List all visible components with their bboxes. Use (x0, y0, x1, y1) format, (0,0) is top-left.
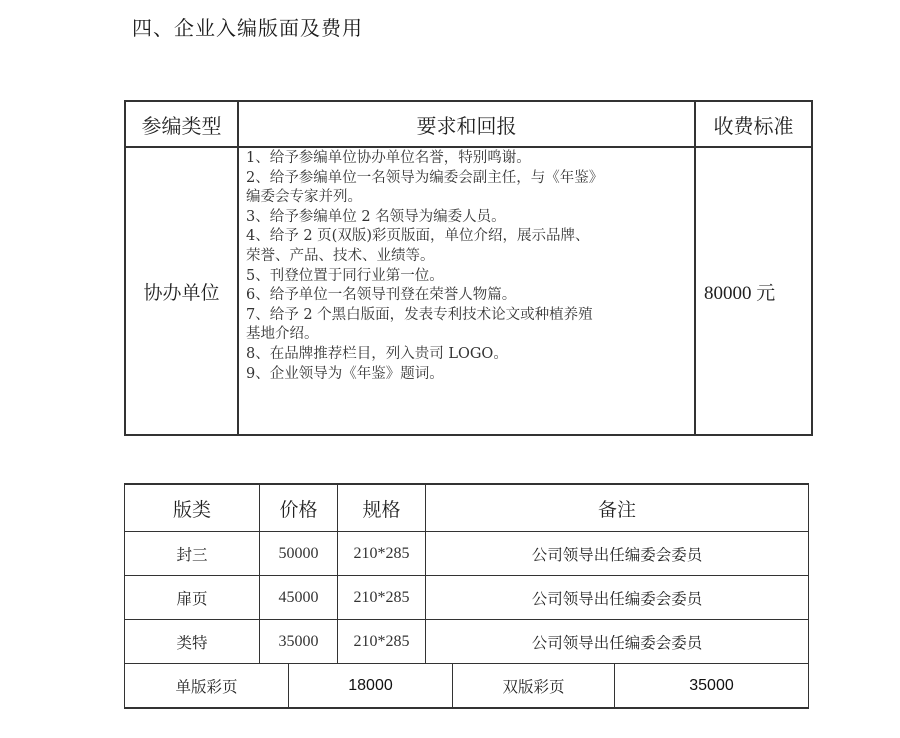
table1-header-type: 参编类型 (126, 102, 237, 146)
requirement-line: 基地介绍。 (246, 325, 691, 345)
table1-border-right (811, 100, 813, 436)
table2-border-bottom (124, 707, 809, 709)
double-color-page-label: 双版彩页 (453, 664, 614, 707)
table2-row-size: 210*285 (338, 620, 425, 663)
requirement-line: 4、给予 2 页(双版)彩页版面，单位介绍，展示品牌、 (246, 227, 691, 247)
requirement-line: 编委会专家并列。 (246, 188, 691, 208)
requirements-list: 1、给予参编单位协办单位名誉，特别鸣谢。 2、给予参编单位一名领导为编委会副主任… (246, 149, 691, 384)
table2-row-type: 扉页 (125, 576, 259, 619)
table2-row-note: 公司领导出任编委会委员 (426, 532, 808, 575)
requirement-line: 5、刊登位置于同行业第一位。 (246, 267, 691, 287)
table2-row-size: 210*285 (338, 532, 425, 575)
table2-row-note: 公司领导出任编委会委员 (426, 576, 808, 619)
table1-fee-cell: 80000 元 (696, 148, 811, 434)
requirement-line: 9、企业领导为《年鉴》题词。 (246, 365, 691, 385)
requirement-line: 2、给予参编单位一名领导为编委会副主任，与《年鉴》 (246, 169, 691, 189)
table2-header-size: 规格 (338, 485, 425, 531)
table2-row-price: 45000 (260, 576, 337, 619)
requirement-line: 8、在品牌推荐栏目，列入贵司 LOGO。 (246, 345, 691, 365)
table1-type-cell: 协办单位 (126, 148, 237, 434)
requirement-line: 荣誉、产品、技术、业绩等。 (246, 247, 691, 267)
requirement-line: 1、给予参编单位协办单位名誉，特别鸣谢。 (246, 149, 691, 169)
requirement-line: 3、给予参编单位 2 名领导为编委人员。 (246, 208, 691, 228)
table1-col-divider-1 (237, 100, 239, 436)
requirement-line: 7、给予 2 个黑白版面，发表专利技术论文或种植养殖 (246, 306, 691, 326)
table2-border-right (808, 483, 809, 709)
table2-row-type: 封三 (125, 532, 259, 575)
table2-row-price: 50000 (260, 532, 337, 575)
table2-row-size: 210*285 (338, 576, 425, 619)
table1-header-requirements: 要求和回报 (239, 102, 694, 146)
double-color-page-price: 35000 (615, 664, 808, 707)
table2-header-price: 价格 (260, 485, 337, 531)
section-title: 四、企业入编版面及费用 (132, 12, 363, 41)
table2-row-price: 35000 (260, 620, 337, 663)
table1-border-bottom (124, 434, 813, 436)
table2-row-type: 类特 (125, 620, 259, 663)
single-color-page-price: 18000 (289, 664, 452, 707)
requirement-line: 6、给予单位一名领导刊登在荣誉人物篇。 (246, 286, 691, 306)
table1-header-fee: 收费标准 (696, 102, 811, 146)
table2-row-note: 公司领导出任编委会委员 (426, 620, 808, 663)
single-color-page-label: 单版彩页 (125, 664, 288, 707)
table2-header-note: 备注 (426, 485, 808, 531)
table2-header-type: 版类 (125, 485, 259, 531)
